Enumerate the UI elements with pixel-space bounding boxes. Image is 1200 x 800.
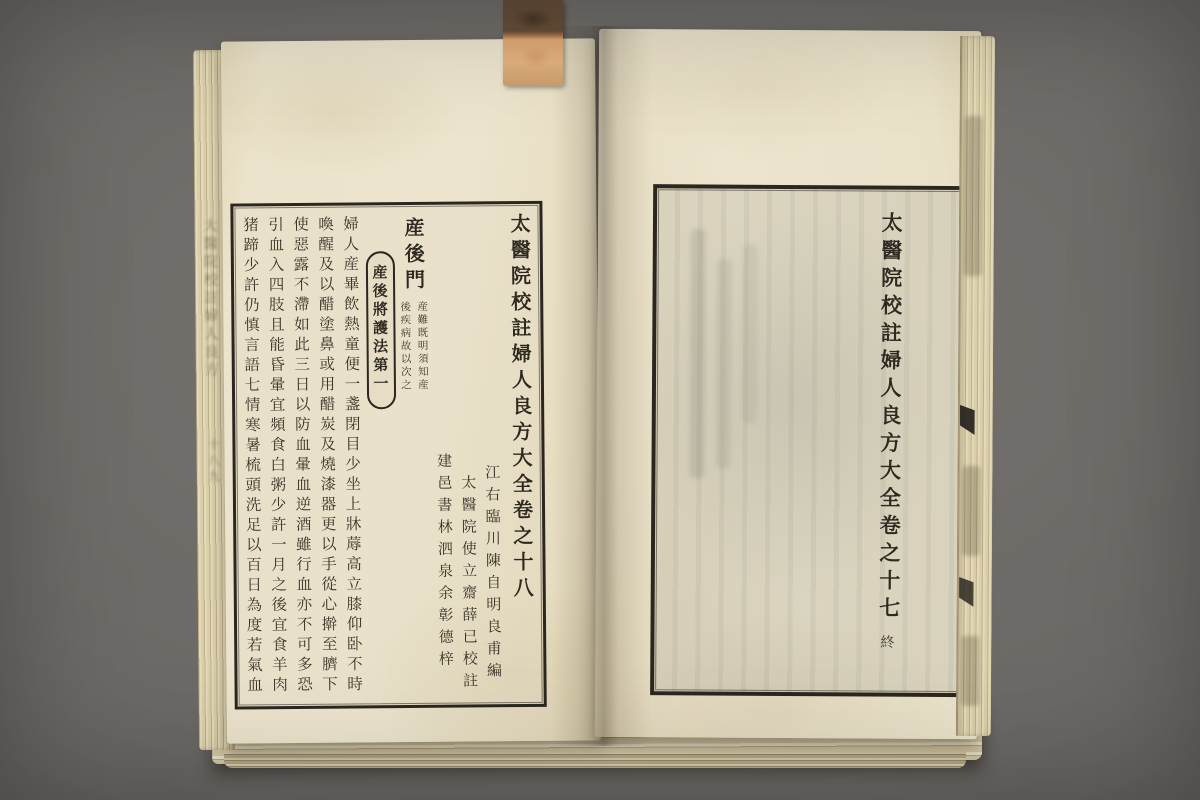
ink-bleed-smudge — [715, 259, 731, 469]
edge-blurred-title: 大醫院校註婦人良方 — [199, 218, 220, 380]
ink-bleed-smudge — [742, 244, 758, 424]
left-frame-columns: 太醫院校註婦人良方大全卷之十八 江右臨川陳自明良甫編 太醫院使立齋薛已校註 建邑… — [236, 208, 540, 703]
section-note-line-2: 後疾病故以次之 — [398, 301, 414, 392]
right-volume-title-column: 太醫院校註婦人良方大全卷之十七終 — [873, 212, 906, 649]
attribution-editor: 江右臨川陳自明良甫編 — [482, 464, 505, 684]
attribution-publisher: 建邑書林泗泉余彰德梓 — [434, 453, 457, 673]
chapter-cartouche-text: 産後將護法第一 — [369, 264, 391, 394]
edge-leaf-numbers: 十八九 — [205, 438, 222, 486]
section-header-inner: 産後門 産難既明須知産 後疾病故以次之 — [397, 217, 431, 392]
body-column-1: 婦人産畢飲熱童便一盞閉目少坐上牀蓐高立膝仰卧不時 — [339, 215, 365, 695]
edge-smudge — [962, 466, 981, 556]
fishtail-fold-mark — [960, 405, 975, 435]
section-note: 産難既明須知産 後疾病故以次之 — [398, 301, 431, 392]
body-column-4: 引血入四肢且能昏暈宜頻食白粥少許一月之後宜食羊肉 — [264, 216, 290, 696]
volume-end-mark: 終 — [876, 634, 896, 648]
section-header: 産後門 — [399, 217, 429, 295]
left-page: 太醫院校註婦人良方大全卷之十八 江右臨川陳自明良甫編 太醫院使立齋薛已校註 建邑… — [221, 38, 601, 743]
fishtail-fold-mark — [959, 577, 974, 607]
photo-background: 大醫院校註婦人良方 十八九 太醫院校註婦人良方大全卷之十八 江右臨川陳自明良甫編… — [0, 0, 1200, 800]
right-page: 太醫院校註婦人良方大全卷之十七終 — [595, 29, 981, 739]
chapter-cartouche: 産後將護法第一 — [365, 251, 395, 409]
edge-smudge — [964, 116, 983, 276]
edge-smudge — [961, 636, 979, 706]
attribution-annotator: 太醫院使立齋薛已校註 — [458, 474, 481, 694]
body-column-5: 猪蹄少許仍慎言語七情寒暑梳頭洗足以百日為度若氣血 — [239, 216, 265, 696]
right-text-frame: 太醫院校註婦人良方大全卷之十七終 — [650, 184, 966, 697]
right-fore-edge-stack — [956, 36, 995, 736]
right-volume-title-text: 太醫院校註婦人良方大全卷之十七 — [877, 212, 905, 625]
ink-bleed-smudge — [689, 228, 706, 478]
left-volume-title-column: 太醫院校註婦人良方大全卷之十八 — [502, 208, 540, 700]
bottom-page-stack-lower — [224, 752, 966, 768]
body-column-2: 喚醒及以醋塗鼻或用醋炭及燒漆器更以手從心擀至臍下 — [314, 216, 340, 696]
section-note-line-1: 産難既明須知産 — [415, 301, 431, 392]
left-text-frame: 太醫院校註婦人良方大全卷之十八 江右臨川陳自明良甫編 太醫院使立齋薛已校註 建邑… — [230, 201, 546, 710]
right-volume-title: 太醫院校註婦人良方大全卷之十七終 — [873, 212, 906, 649]
section-header-column: 産後門 産難既明須知産 後疾病故以次之 — [396, 209, 434, 701]
left-volume-title: 太醫院校註婦人良方大全卷之十八 — [505, 213, 537, 603]
library-tab — [503, 0, 563, 86]
chapter-cartouche-column: 産後將護法第一 — [362, 209, 400, 701]
body-column-3: 使惡露不滯如此三日以防血暈血逆酒雖行血亦不可多恐 — [289, 216, 315, 696]
